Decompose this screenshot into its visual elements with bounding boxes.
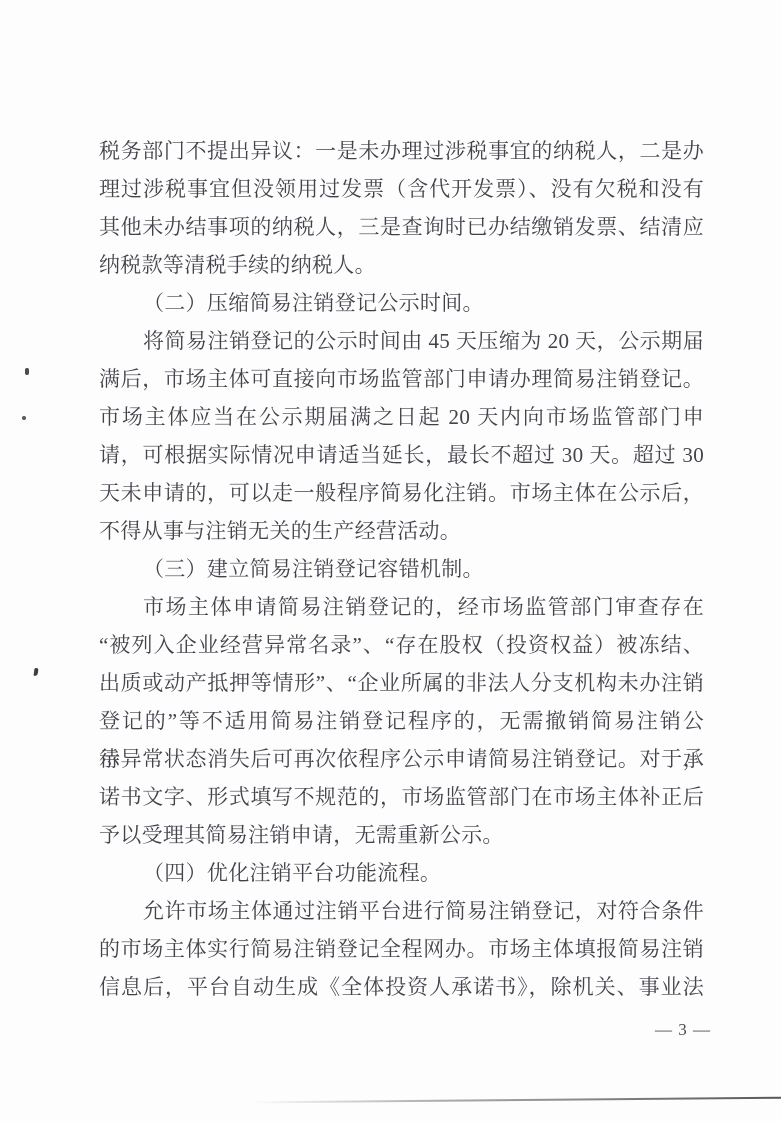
scan-page-edge-shadow xyxy=(250,1097,781,1104)
text-line: 诺书文字、形式填写不规范的，市场监管部门在市场主体补正后 xyxy=(99,778,704,816)
text-line: “被列入企业经营异常名录”、“存在股权（投资权益）被冻结、 xyxy=(99,626,704,664)
text-line: 市场主体应当在公示期届满之日起 20 天内向市场监管部门申 xyxy=(99,398,704,436)
scanned-document-page: 税务部门不提出异议：一是未办理过涉税事宜的纳税人，二是办 理过涉税事宜但没领用过… xyxy=(0,0,781,1121)
text-line: 税务部门不提出异议：一是未办理过涉税事宜的纳税人，二是办 xyxy=(99,132,704,170)
text-line: 待异常状态消失后可再次依程序公示申请简易注销登记。对于承 xyxy=(99,740,704,778)
scan-artifact-speck xyxy=(25,368,29,375)
text-line: 市场主体申请简易注销登记的，经市场监管部门审查存在 xyxy=(99,588,704,626)
text-line: 允许市场主体通过注销平台进行简易注销登记，对符合条件 xyxy=(99,892,704,930)
section-heading: （三）建立简易注销登记容错机制。 xyxy=(99,550,704,588)
text-line: 请，可根据实际情况申请适当延长，最长不超过 30 天。超过 30 xyxy=(99,436,704,474)
text-line: 登记的”等不适用简易注销登记程序的，无需撤销简易注销公示， xyxy=(99,702,704,740)
text-line: 天未申请的，可以走一般程序简易化注销。市场主体在公示后， xyxy=(99,474,704,512)
scan-artifact-speck xyxy=(33,668,38,676)
text-line: 满后，市场主体可直接向市场监管部门申请办理简易注销登记。 xyxy=(99,360,704,398)
scan-artifact-speck xyxy=(22,416,26,420)
text-line: 予以受理其简易注销申请，无需重新公示。 xyxy=(99,816,704,854)
text-line: 其他未办结事项的纳税人，三是查询时已办结缴销发票、结清应 xyxy=(99,208,704,246)
text-line: 将简易注销登记的公示时间由 45 天压缩为 20 天，公示期届 xyxy=(99,322,704,360)
page-number: — 3 — xyxy=(648,1020,718,1040)
text-line: 理过涉税事宜但没领用过发票（含代开发票）、没有欠税和没有 xyxy=(99,170,704,208)
document-body: 税务部门不提出异议：一是未办理过涉税事宜的纳税人，二是办 理过涉税事宜但没领用过… xyxy=(99,132,704,1006)
text-line: 的市场主体实行简易注销登记全程网办。市场主体填报简易注销 xyxy=(99,930,704,968)
text-line: 纳税款等清税手续的纳税人。 xyxy=(99,246,704,284)
text-line: 出质或动产抵押等情形”、“企业所属的非法人分支机构未办注销 xyxy=(99,664,704,702)
text-line: 信息后，平台自动生成《全体投资人承诺书》，除机关、事业法 xyxy=(99,968,704,1006)
section-heading: （四）优化注销平台功能流程。 xyxy=(99,854,704,892)
text-line: 不得从事与注销无关的生产经营活动。 xyxy=(99,512,704,550)
section-heading: （二）压缩简易注销登记公示时间。 xyxy=(99,284,704,322)
